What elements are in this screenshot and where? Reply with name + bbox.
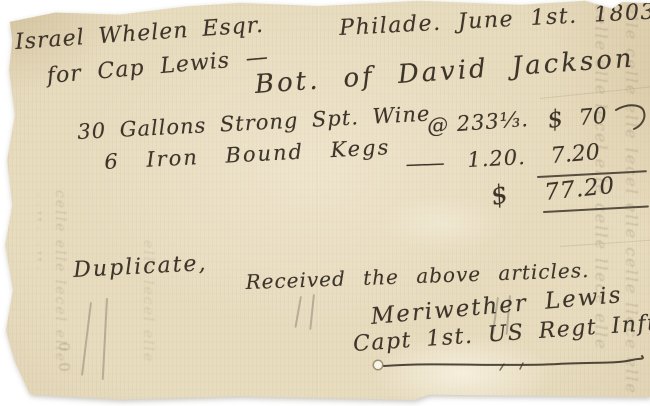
pencil-mark xyxy=(81,302,92,376)
item1-amount: 70 xyxy=(578,104,608,131)
paper-shadow-wrap: elle celle elle lecel elle celle llece e… xyxy=(0,0,650,406)
pencil-numerals: 0 0 xyxy=(55,342,73,375)
place-date-line: Philade. June 1st. 1803 xyxy=(339,0,650,41)
bought-of-line: Bot. of David Jackson xyxy=(254,44,636,100)
pencil-mark xyxy=(309,294,315,330)
pencil-mark xyxy=(102,298,108,380)
receipt-paper: elle celle elle lecel elle celle llece e… xyxy=(0,0,650,406)
horizontal-crease-top xyxy=(540,86,650,99)
total-amount: 77.20 xyxy=(543,173,616,206)
total-currency-sign: $ xyxy=(488,179,511,212)
for-capt-lewis-line: for Cap Lewis — xyxy=(46,45,270,89)
pencil-mark xyxy=(294,296,302,328)
item2-rate: 1.20. xyxy=(467,145,527,172)
item2-amount: 7.20 xyxy=(550,140,601,169)
item1-rate: @ 233⅓. xyxy=(426,107,529,138)
total-underline xyxy=(543,205,649,213)
scan-backdrop: elle celle elle lecel elle celle llece e… xyxy=(0,0,650,406)
item2-dash: —— xyxy=(405,151,442,176)
duplicate-label: Duplicate, xyxy=(73,251,208,283)
item2-description: 6 Iron Bound Kegs xyxy=(104,135,391,174)
ink-bracket-flourish xyxy=(614,102,648,132)
item1-currency-sign: $ xyxy=(545,104,565,134)
paper-hole xyxy=(374,361,382,369)
signature-underline-flourish xyxy=(380,354,648,374)
horizontal-crease-mid xyxy=(560,240,650,247)
